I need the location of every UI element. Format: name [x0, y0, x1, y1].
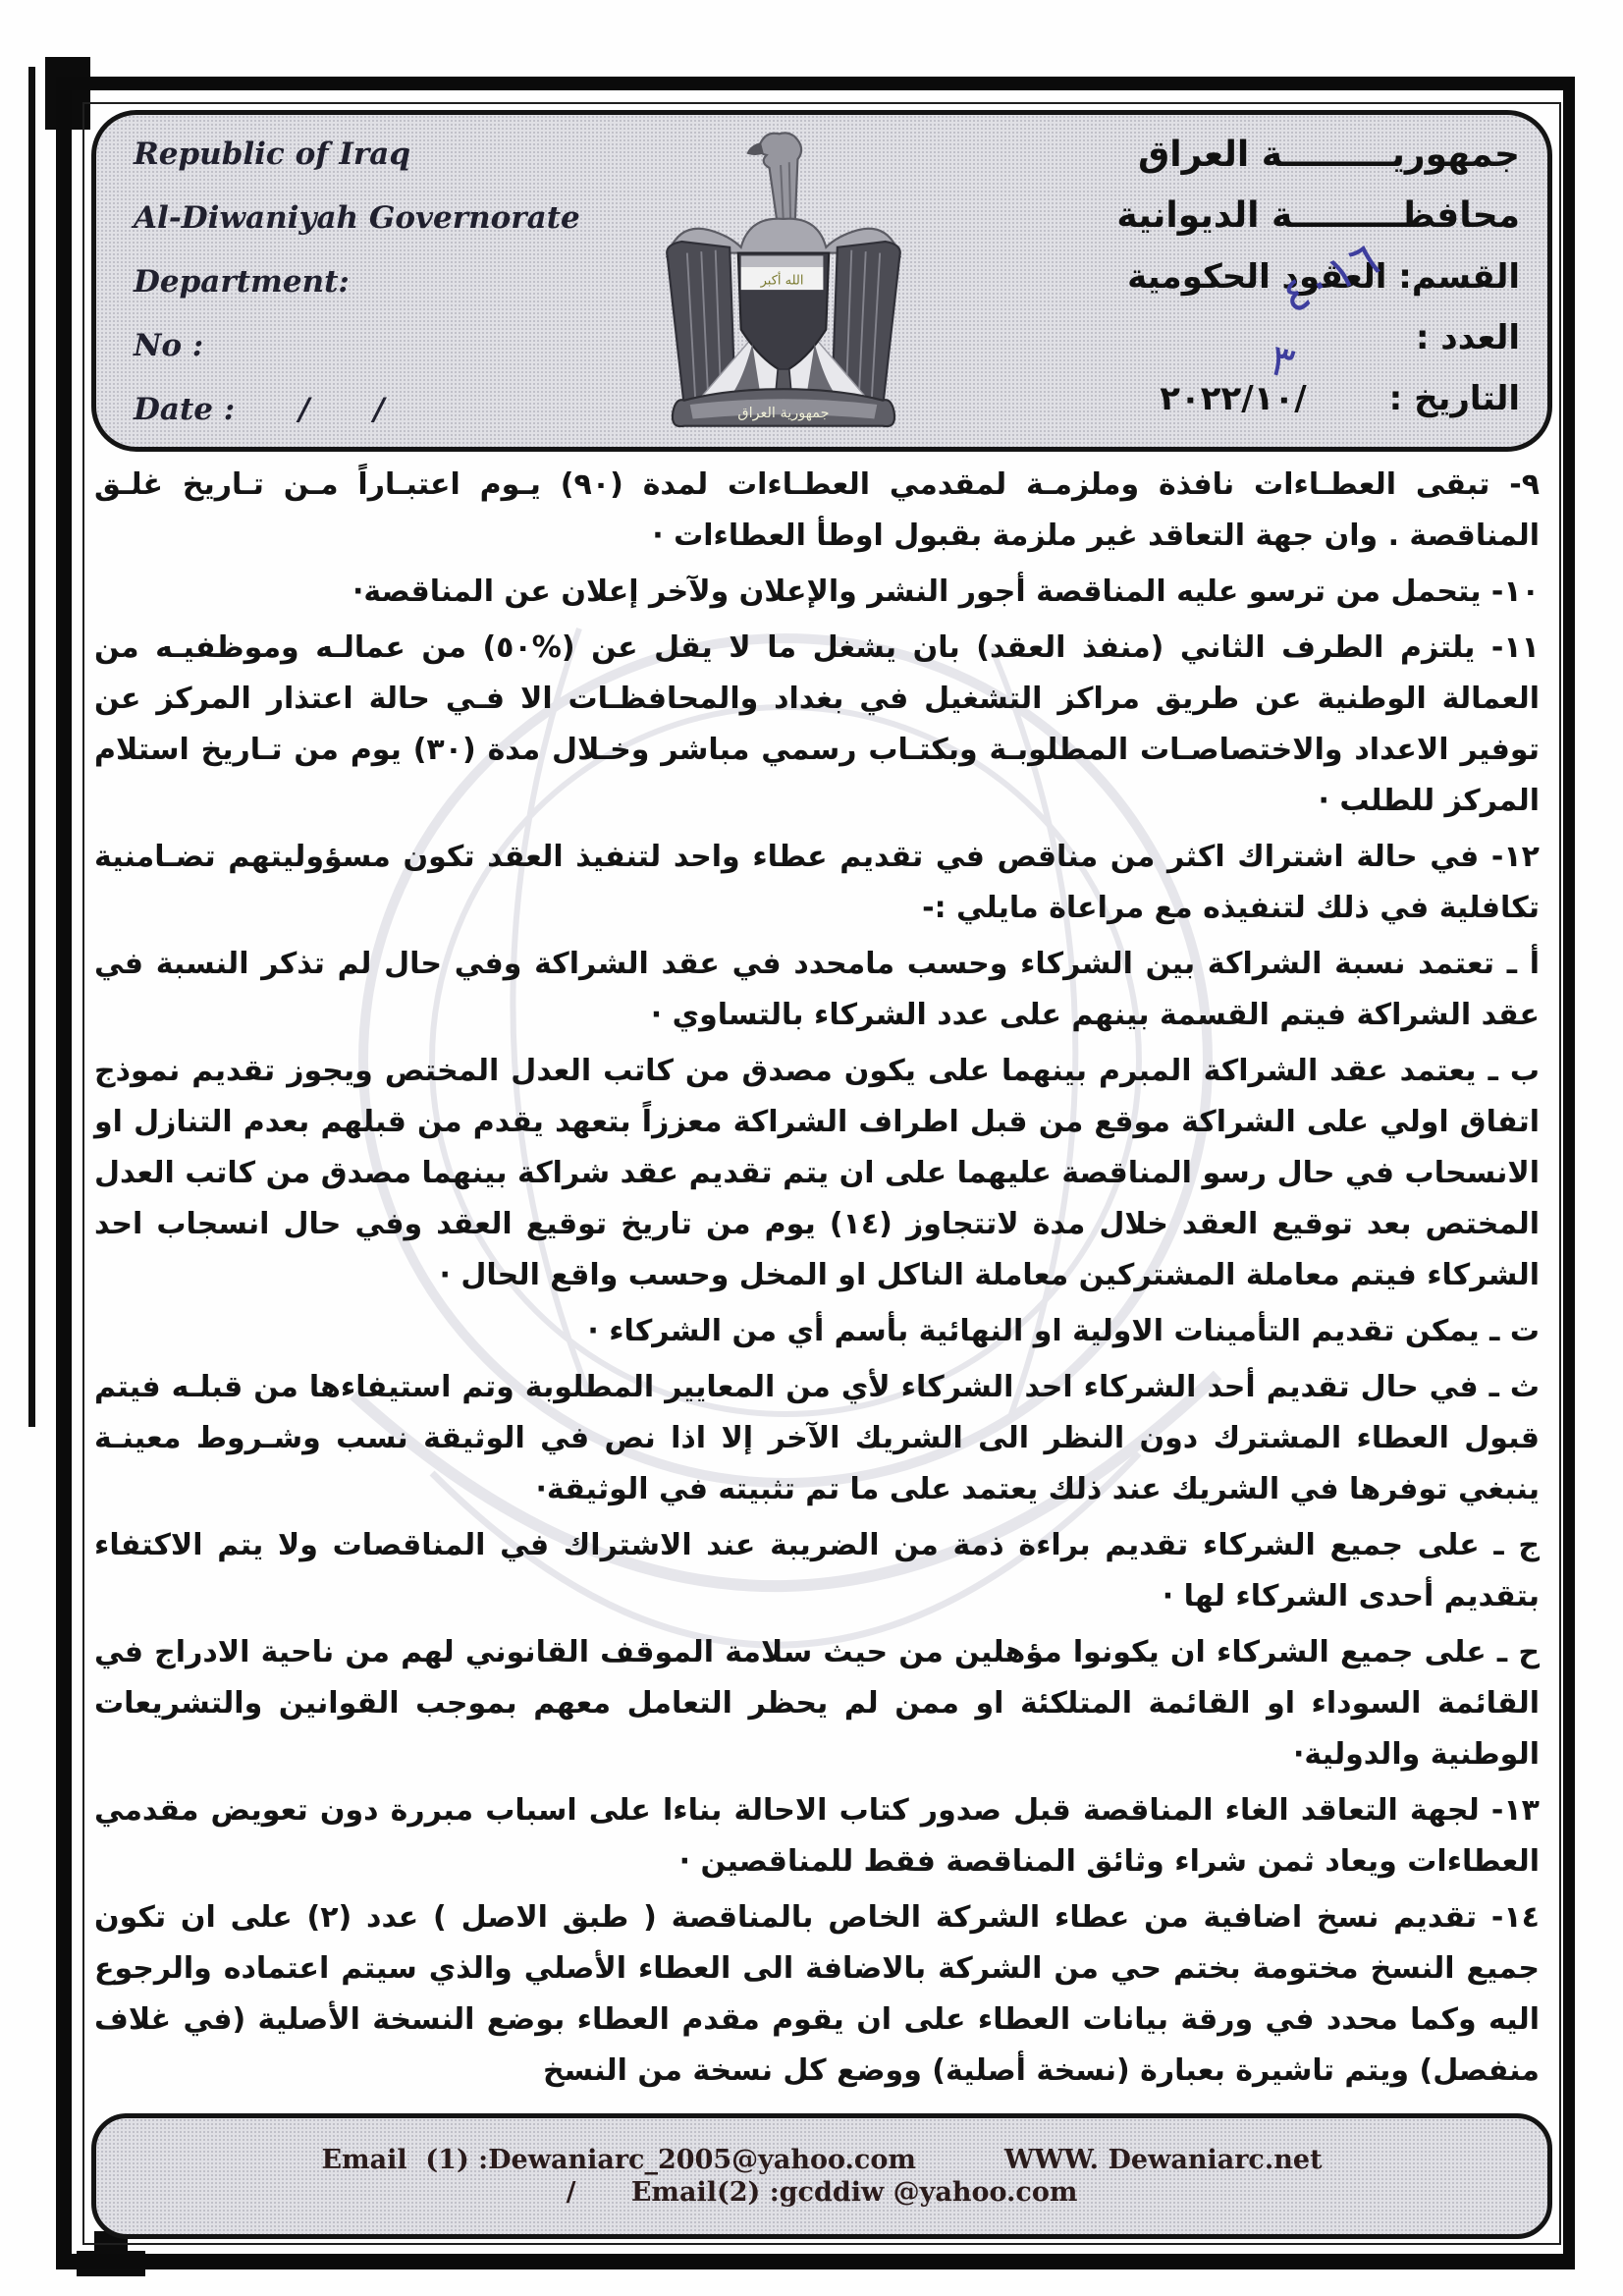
letterhead-box: Republic of Iraq Al-Diwaniyah Governorat… — [91, 110, 1552, 452]
english-number-label: No : — [134, 328, 580, 363]
svg-text:الله أكبر: الله أكبر — [760, 271, 804, 288]
iraq-coat-of-arms-emblem: الله أكبر جمهورية العراق — [638, 117, 929, 443]
scan-edge-artifact — [28, 67, 35, 1427]
clause-item-13: ١٣- لجهة التعاقد الغاء المناقصة قبل صدور… — [94, 1785, 1540, 1887]
english-country-line: Republic of Iraq — [134, 137, 580, 172]
footer-email-2: / Email(2) :gcddiw @yahoo.com — [567, 2177, 1078, 2208]
footer-contact-box: Email (1) :Dewaniarc_2005@yahoo.com WWW.… — [91, 2113, 1552, 2239]
clause-item-12-h: ح ـ على جميع الشركاء ان يكونوا مؤهلين من… — [94, 1627, 1540, 1780]
letterhead-arabic-column: جمهوريـــــــــة العراق محافظـــــــــة … — [1000, 125, 1520, 429]
clause-item-12-th: ث ـ في حال تقديم أحد الشركاء احد الشركاء… — [94, 1362, 1540, 1515]
emblem-banner-text: جمهورية العراق — [737, 406, 829, 421]
arabic-date-label: التاريخ : — [1389, 368, 1520, 429]
clause-item-12-a: أ ـ تعتمد نسبة الشراكة بين الشركاء وحسب … — [94, 939, 1540, 1041]
clause-item-12-t: ت ـ يمكن تقديم التأمينات الاولية او النه… — [94, 1306, 1540, 1357]
clause-item-12-j: ج ـ على جميع الشركاء تقديم براءة ذمة من … — [94, 1520, 1540, 1622]
tender-conditions-text: ٩- تبقى العطـاءات نافذة وملزمـة لمقدمي ا… — [94, 460, 1540, 2102]
clause-item-14: ١٤- تقديم نسخ اضافية من عطاء الشركة الخا… — [94, 1892, 1540, 2097]
clause-item-9: ٩- تبقى العطـاءات نافذة وملزمـة لمقدمي ا… — [94, 460, 1540, 562]
footer-email-1: Email (1) :Dewaniarc_2005@yahoo.com — [321, 2145, 915, 2175]
clause-item-10: ١٠- يتحمل من ترسو عليه المناقصة أجور الن… — [94, 567, 1540, 618]
clause-item-12: ١٢- في حالة اشتراك اكثر من مناقص في تقدي… — [94, 832, 1540, 934]
english-governorate-line: Al-Diwaniyah Governorate — [134, 200, 580, 236]
arabic-governorate-line: محافظـــــــــة الديوانية — [1000, 186, 1520, 246]
arabic-section-line: القسم: العقود الحكومية — [1000, 246, 1520, 307]
arabic-number-label: العدد : — [1000, 307, 1520, 368]
english-department-label: Department: — [134, 264, 580, 300]
footer-line-1: Email (1) :Dewaniarc_2005@yahoo.com WWW.… — [321, 2145, 1322, 2175]
footer-website: WWW. Dewaniarc.net — [1004, 2145, 1323, 2175]
scanned-document-page: Republic of Iraq Al-Diwaniyah Governorat… — [0, 0, 1623, 2296]
clause-item-11: ١١- يلتزم الطرف الثاني (منفذ العقد) بان … — [94, 623, 1540, 827]
arabic-country-line: جمهوريـــــــــة العراق — [1000, 125, 1520, 186]
arabic-date-line: التاريخ : ٢٠٢٢/١٠/ — [1000, 368, 1520, 429]
letterhead-english-column: Republic of Iraq Al-Diwaniyah Governorat… — [134, 137, 580, 427]
english-date-label: Date : / / — [134, 392, 580, 427]
clause-item-12-b: ب ـ يعتمد عقد الشراكة المبرم بينهما على … — [94, 1046, 1540, 1301]
